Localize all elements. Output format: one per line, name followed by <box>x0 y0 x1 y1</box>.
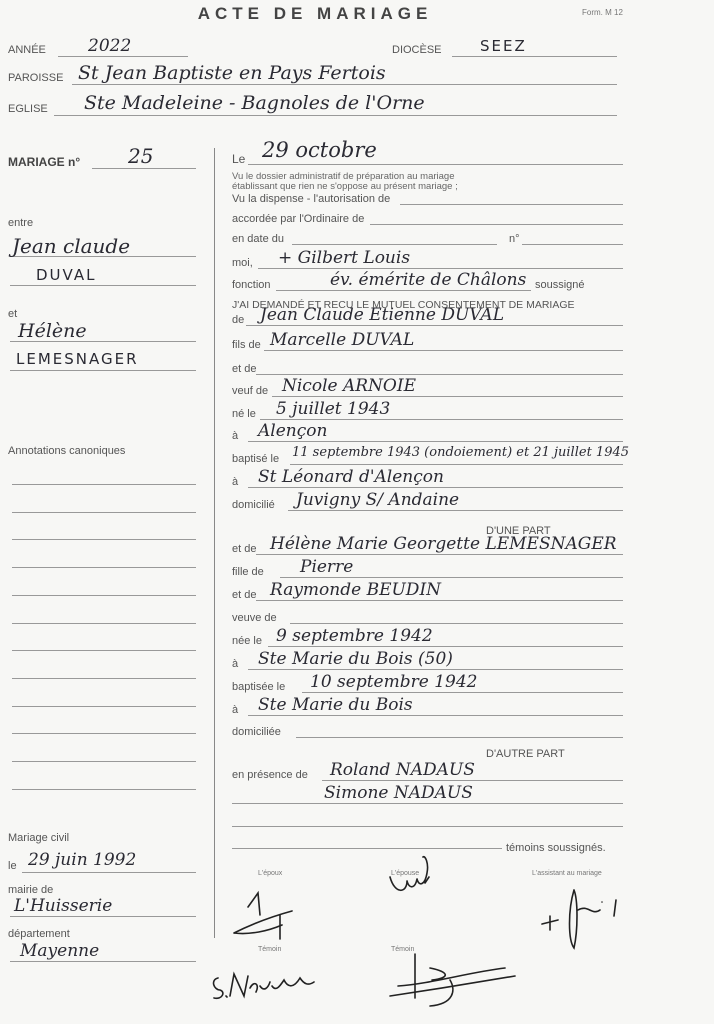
et-de-label-2: et de <box>232 543 256 555</box>
et-label: et <box>8 308 17 320</box>
soussigne-label: soussigné <box>535 279 585 291</box>
le-label: Le <box>232 152 245 166</box>
a-label-4: à <box>232 704 238 716</box>
form-line <box>292 244 497 245</box>
eglise-value: Ste Madeleine - Bagnoles de l'Orne <box>84 94 425 113</box>
epoux-nom: DUVAL <box>36 268 96 283</box>
dispense-label: Vu la dispense - l'autorisation de <box>232 193 390 205</box>
fille-de-value-handwritten: Pierre <box>300 559 353 576</box>
form-line <box>272 396 623 397</box>
column-divider <box>214 148 215 938</box>
a-label-1: à <box>232 430 238 442</box>
fils-de-label: fils de <box>232 339 261 351</box>
assistant-sig-label: L'assistant au mariage <box>532 870 602 877</box>
veuve-de-label: veuve de <box>232 612 277 624</box>
a-value-1-handwritten: Alençon <box>258 423 327 440</box>
eglise-label: EGLISE <box>8 103 48 115</box>
temoin-signature-2 <box>370 950 530 1010</box>
domicilie-label: domicilié <box>232 499 275 511</box>
annotation-line <box>12 623 196 624</box>
form-line <box>248 441 623 442</box>
form-line <box>232 848 502 849</box>
form-line <box>400 204 623 205</box>
form-line <box>260 419 623 420</box>
annotation-line <box>12 650 196 651</box>
annotation-line <box>12 567 196 568</box>
epoux-sig-label: L'époux <box>258 870 282 877</box>
mairie-value: L'Huisserie <box>14 898 112 915</box>
consentement-text: J'AI DEMANDÉ ET RECU LE MUTUEL CONSENTEM… <box>232 299 575 311</box>
paroisse-value: St Jean Baptiste en Pays Fertois <box>78 64 386 83</box>
paroisse-label: PAROISSE <box>8 72 63 84</box>
form-line <box>268 646 623 647</box>
civil-date: 29 juin 1992 <box>28 852 136 869</box>
vu-dossier-text-2: établissant que rien ne s'oppose au prés… <box>232 181 458 192</box>
mairie-label: mairie de <box>8 884 53 896</box>
fonction-value-handwritten: év. émérite de Châlons <box>330 272 526 289</box>
a-label-3: à <box>232 658 238 670</box>
form-line <box>290 464 623 465</box>
civil-le-label: le <box>8 860 17 872</box>
diocese-label: DIOCÈSE <box>392 44 442 56</box>
presence-label: en présence de <box>232 769 308 781</box>
ne-le-value-handwritten: 5 juillet 1943 <box>276 401 390 418</box>
moi-value-handwritten: + Gilbert Louis <box>278 250 410 267</box>
en-date-label: en date du <box>232 233 284 245</box>
form-line <box>248 487 623 488</box>
form-line <box>232 826 623 827</box>
et-de-value-3-handwritten: Raymonde BEUDIN <box>270 582 441 599</box>
temoin-2-handwritten: Simone NADAUS <box>324 785 473 802</box>
epoux-signature <box>230 885 300 940</box>
form-line <box>248 669 623 670</box>
form-line <box>258 268 623 269</box>
baptise-value-handwritten: 11 septembre 1943 (ondoiement) et 21 jui… <box>292 446 629 459</box>
annotations-label: Annotations canoniques <box>8 445 125 457</box>
form-line <box>302 692 623 693</box>
et-de-label-1: et de <box>232 363 256 375</box>
domicilie-value-handwritten: Juvigny S/ Andaine <box>296 492 459 509</box>
form-line <box>256 554 623 555</box>
veuf-de-value-handwritten: Nicole ARNOIE <box>282 378 416 395</box>
annotation-line <box>12 539 196 540</box>
form-line <box>246 325 623 326</box>
temoin-sig-label-1: Témoin <box>258 946 281 953</box>
ordinaire-label: accordée par l'Ordinaire de <box>232 213 364 225</box>
et-de-label-3: et de <box>232 589 256 601</box>
et-de-value-2-handwritten: Hélène Marie Georgette LEMESNAGER <box>270 536 617 553</box>
epouse-signature <box>385 855 435 900</box>
assistant-signature <box>538 880 623 950</box>
entre-label: entre <box>8 217 33 229</box>
annee-value: 2022 <box>88 38 131 55</box>
baptisee-label: baptisée le <box>232 681 285 693</box>
ne-le-label: né le <box>232 408 256 420</box>
nee-le-label: née le <box>232 635 262 647</box>
temoin-1-handwritten: Roland NADAUS <box>330 762 475 779</box>
mariage-civil-label: Mariage civil <box>8 832 69 844</box>
departement-label: département <box>8 928 70 940</box>
departement-value: Mayenne <box>20 943 99 960</box>
annotation-line <box>12 484 196 485</box>
baptise-label: baptisé le <box>232 453 279 465</box>
form-line <box>322 780 623 781</box>
epouse-prenom: Hélène <box>18 322 87 341</box>
annee-label: ANNÉE <box>8 44 46 56</box>
a-value-3-handwritten: Ste Marie du Bois (50) <box>258 651 453 668</box>
mariage-no-label: MARIAGE n° <box>8 155 80 169</box>
form-line <box>296 737 623 738</box>
form-line <box>276 290 531 291</box>
une-part-label: D'UNE PART <box>486 525 551 537</box>
fils-de-value-handwritten: Marcelle DUVAL <box>270 332 414 349</box>
temoin-signature-1 <box>210 966 320 1006</box>
domiciliee-label: domiciliée <box>232 726 281 738</box>
numero-label: n° <box>509 233 520 245</box>
form-number: Form. M 12 <box>582 8 623 17</box>
form-line <box>232 803 623 804</box>
annotation-line <box>12 733 196 734</box>
form-line <box>280 577 623 578</box>
form-line <box>370 224 623 225</box>
a-value-4-handwritten: Ste Marie du Bois <box>258 697 413 714</box>
autre-part-label: D'AUTRE PART <box>486 748 565 760</box>
a-label-2: à <box>232 476 238 488</box>
le-value: 29 octobre <box>262 140 377 161</box>
veuf-de-label: veuf de <box>232 385 268 397</box>
temoins-soussignes: témoins soussignés. <box>506 842 606 854</box>
form-line <box>256 374 623 375</box>
form-line <box>288 510 623 511</box>
baptisee-value-handwritten: 10 septembre 1942 <box>310 674 477 691</box>
document-title: ACTE DE MARIAGE <box>0 4 630 24</box>
fonction-label: fonction <box>232 279 271 291</box>
fille-de-label: fille de <box>232 566 264 578</box>
annotation-line <box>12 706 196 707</box>
a-value-2-handwritten: St Léonard d'Alençon <box>258 469 444 486</box>
epouse-nom: LEMESNAGER <box>16 352 139 367</box>
form-line <box>264 350 623 351</box>
de-label: de <box>232 314 244 326</box>
form-line <box>290 623 623 624</box>
form-line <box>248 715 623 716</box>
nee-le-value-handwritten: 9 septembre 1942 <box>276 628 433 645</box>
annotation-line <box>12 678 196 679</box>
annotation-line <box>12 512 196 513</box>
annotation-line <box>12 789 196 790</box>
annotation-line <box>12 761 196 762</box>
form-line <box>256 600 623 601</box>
moi-label: moi, <box>232 257 253 269</box>
annotation-line <box>12 595 196 596</box>
diocese-value: SEEZ <box>480 39 527 54</box>
epoux-prenom: Jean claude <box>12 236 130 256</box>
mariage-no-value: 25 <box>128 146 153 166</box>
